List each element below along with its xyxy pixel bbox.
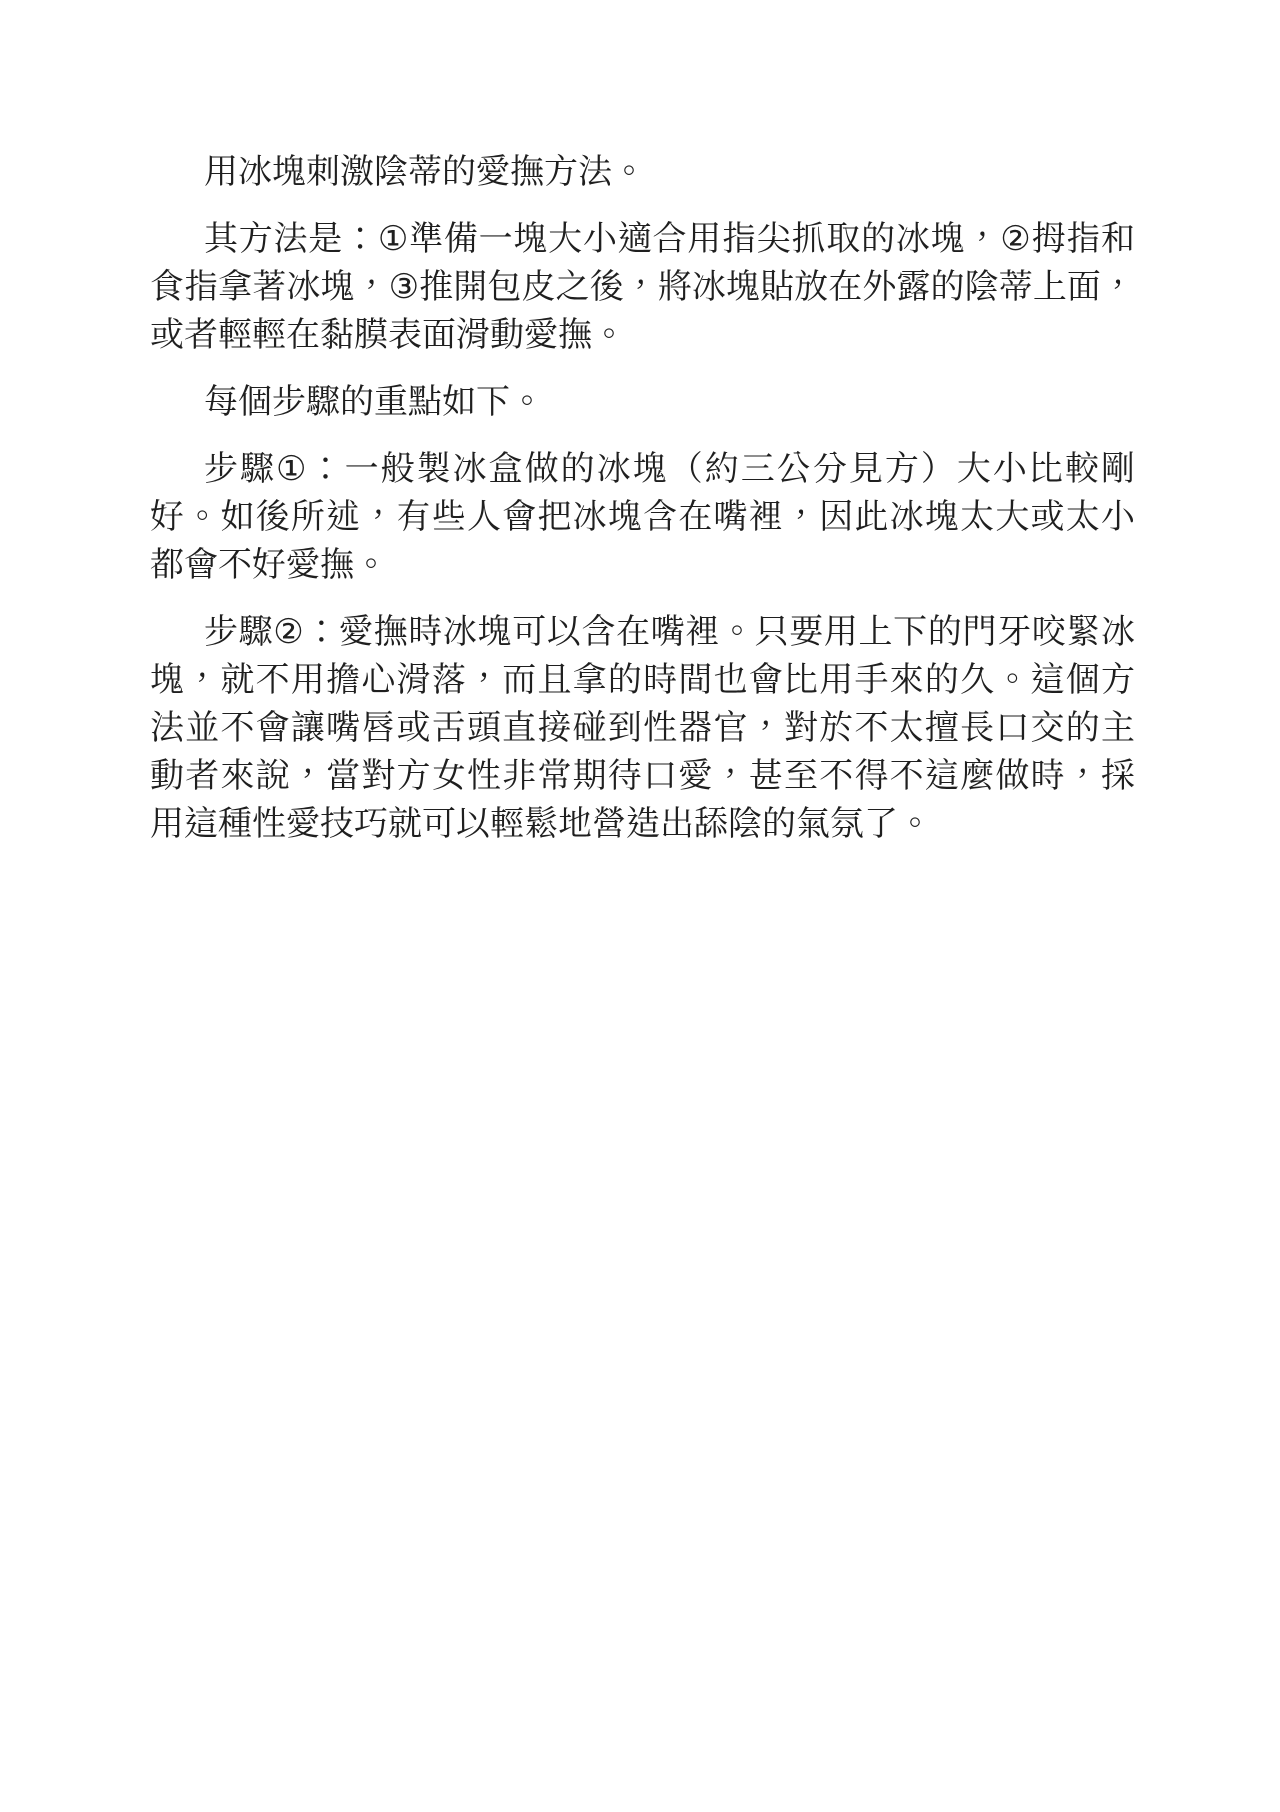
paragraph-step-1: 步驟①：一般製冰盒做的冰塊（約三公分見方）大小比較剛好。如後所述，有些人會把冰塊… [150, 445, 1135, 589]
article-body: 用冰塊刺激陰蒂的愛撫方法。 其方法是：①準備一塊大小適合用指尖抓取的冰塊，②拇指… [150, 148, 1135, 848]
paragraph-intro: 用冰塊刺激陰蒂的愛撫方法。 [150, 148, 1135, 196]
paragraph-method-overview: 其方法是：①準備一塊大小適合用指尖抓取的冰塊，②拇指和食指拿著冰塊，③推開包皮之… [150, 215, 1135, 359]
paragraph-step-2: 步驟②：愛撫時冰塊可以含在嘴裡。只要用上下的門牙咬緊冰塊，就不用擔心滑落，而且拿… [150, 608, 1135, 848]
document-page: 用冰塊刺激陰蒂的愛撫方法。 其方法是：①準備一塊大小適合用指尖抓取的冰塊，②拇指… [0, 0, 1280, 1812]
paragraph-steps-lead-in: 每個步驟的重點如下。 [150, 378, 1135, 426]
